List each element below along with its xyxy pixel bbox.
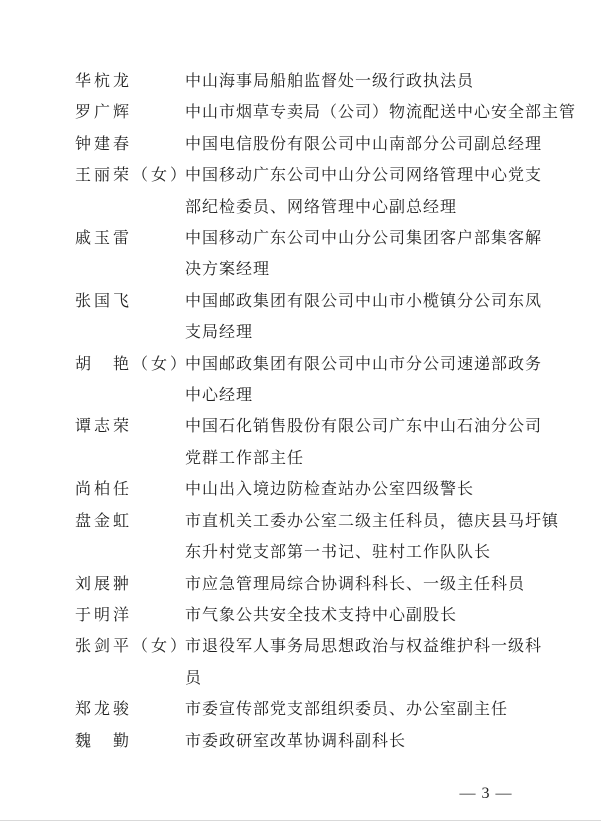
person-name: 胡 艳（女） [75, 349, 185, 380]
person-name: 罗广辉 [75, 97, 185, 128]
person-name: 钟建春 [75, 129, 185, 160]
title-line: 市应急管理局综合协调科科长、一级主任科员 [185, 569, 575, 600]
title-line: 支局经理 [185, 317, 575, 348]
person-name: 华杭龙 [75, 66, 185, 97]
person-name: 于明洋 [75, 600, 185, 631]
title-line: 市气象公共安全技术支持中心副股长 [185, 600, 575, 631]
title-line: 中国邮政集团有限公司中山市分公司速递部政务 [185, 349, 575, 380]
title-line: 中国邮政集团有限公司中山市小榄镇分公司东凤 [185, 286, 575, 317]
person-name: 郑龙骏 [75, 694, 185, 725]
title-line: 市委政研室改革协调科副科长 [185, 726, 575, 757]
title-line: 部纪检委员、网络管理中心副总经理 [185, 192, 575, 223]
person-name: 张国飞 [75, 286, 185, 317]
page-number: — 3 — [446, 784, 526, 804]
person-title: 市委宣传部党支部组织委员、办公室副主任 [185, 694, 575, 725]
roster-row: 刘展翀 市应急管理局综合协调科科长、一级主任科员 [75, 569, 575, 600]
person-title: 中山出入境边防检查站办公室四级警长 [185, 474, 575, 505]
roster-row: 谭志荣 中国石化销售股份有限公司广东中山石油分公司党群工作部主任 [75, 411, 575, 474]
roster-row: 罗广辉 中山市烟草专卖局（公司）物流配送中心安全部主管 [75, 97, 575, 128]
person-title: 中国电信股份有限公司中山南部分公司副总经理 [185, 129, 575, 160]
person-title: 中国邮政集团有限公司中山市小榄镇分公司东凤支局经理 [185, 286, 575, 349]
person-name: 尚柏任 [75, 474, 185, 505]
roster-row: 于明洋 市气象公共安全技术支持中心副股长 [75, 600, 575, 631]
person-title: 市应急管理局综合协调科科长、一级主任科员 [185, 569, 575, 600]
person-name: 谭志荣 [75, 411, 185, 442]
roster-row: 张国飞 中国邮政集团有限公司中山市小榄镇分公司东凤支局经理 [75, 286, 575, 349]
title-line: 中国电信股份有限公司中山南部分公司副总经理 [185, 129, 575, 160]
person-title: 中山海事局船舶监督处一级行政执法员 [185, 66, 575, 97]
roster-row: 华杭龙 中山海事局船舶监督处一级行政执法员 [75, 66, 575, 97]
title-line: 市委宣传部党支部组织委员、办公室副主任 [185, 694, 575, 725]
personnel-roster: 华杭龙 中山海事局船舶监督处一级行政执法员 罗广辉 中山市烟草专卖局（公司）物流… [75, 66, 575, 757]
title-line: 东升村党支部第一书记、驻村工作队队长 [185, 537, 575, 568]
person-title: 中国邮政集团有限公司中山市分公司速递部政务中心经理 [185, 349, 575, 412]
title-line: 党群工作部主任 [185, 443, 575, 474]
title-line: 中山出入境边防检查站办公室四级警长 [185, 474, 575, 505]
title-line: 中山市烟草专卖局（公司）物流配送中心安全部主管 [185, 97, 576, 128]
person-title: 中山市烟草专卖局（公司）物流配送中心安全部主管 [185, 97, 576, 128]
title-line: 决方案经理 [185, 254, 575, 285]
roster-row: 钟建春 中国电信股份有限公司中山南部分公司副总经理 [75, 129, 575, 160]
person-title: 市委政研室改革协调科副科长 [185, 726, 575, 757]
person-name: 戚玉雷 [75, 223, 185, 254]
person-name: 魏 勤 [75, 726, 185, 757]
title-line: 中心经理 [185, 380, 575, 411]
person-name: 张剑平（女） [75, 631, 185, 662]
roster-row: 戚玉雷 中国移动广东公司中山分公司集团客户部集客解决方案经理 [75, 223, 575, 286]
person-title: 市退役军人事务局思想政治与权益维护科一级科员 [185, 631, 575, 694]
person-name: 盘金虹 [75, 506, 185, 537]
roster-row: 张剑平（女） 市退役军人事务局思想政治与权益维护科一级科员 [75, 631, 575, 694]
title-line: 中国移动广东公司中山分公司网络管理中心党支 [185, 160, 575, 191]
person-title: 市直机关工委办公室二级主任科员，德庆县马圩镇东升村党支部第一书记、驻村工作队队长 [185, 506, 575, 569]
roster-row: 王丽荣（女） 中国移动广东公司中山分公司网络管理中心党支部纪检委员、网络管理中心… [75, 160, 575, 223]
roster-row: 魏 勤 市委政研室改革协调科副科长 [75, 726, 575, 757]
person-title: 中国移动广东公司中山分公司网络管理中心党支部纪检委员、网络管理中心副总经理 [185, 160, 575, 223]
document-page: 华杭龙 中山海事局船舶监督处一级行政执法员 罗广辉 中山市烟草专卖局（公司）物流… [0, 0, 601, 824]
person-title: 市气象公共安全技术支持中心副股长 [185, 600, 575, 631]
roster-row: 盘金虹 市直机关工委办公室二级主任科员，德庆县马圩镇东升村党支部第一书记、驻村工… [75, 506, 575, 569]
roster-row: 尚柏任 中山出入境边防检查站办公室四级警长 [75, 474, 575, 505]
title-line: 中国石化销售股份有限公司广东中山石油分公司 [185, 411, 575, 442]
roster-row: 胡 艳（女） 中国邮政集团有限公司中山市分公司速递部政务中心经理 [75, 349, 575, 412]
page-bottom-rule [0, 820, 601, 821]
title-line: 员 [185, 663, 575, 694]
title-line: 市直机关工委办公室二级主任科员，德庆县马圩镇 [185, 506, 575, 537]
person-title: 中国移动广东公司中山分公司集团客户部集客解决方案经理 [185, 223, 575, 286]
person-name: 王丽荣（女） [75, 160, 185, 191]
title-line: 市退役军人事务局思想政治与权益维护科一级科 [185, 631, 575, 662]
title-line: 中国移动广东公司中山分公司集团客户部集客解 [185, 223, 575, 254]
person-name: 刘展翀 [75, 569, 185, 600]
person-title: 中国石化销售股份有限公司广东中山石油分公司党群工作部主任 [185, 411, 575, 474]
title-line: 中山海事局船舶监督处一级行政执法员 [185, 66, 575, 97]
roster-row: 郑龙骏 市委宣传部党支部组织委员、办公室副主任 [75, 694, 575, 725]
